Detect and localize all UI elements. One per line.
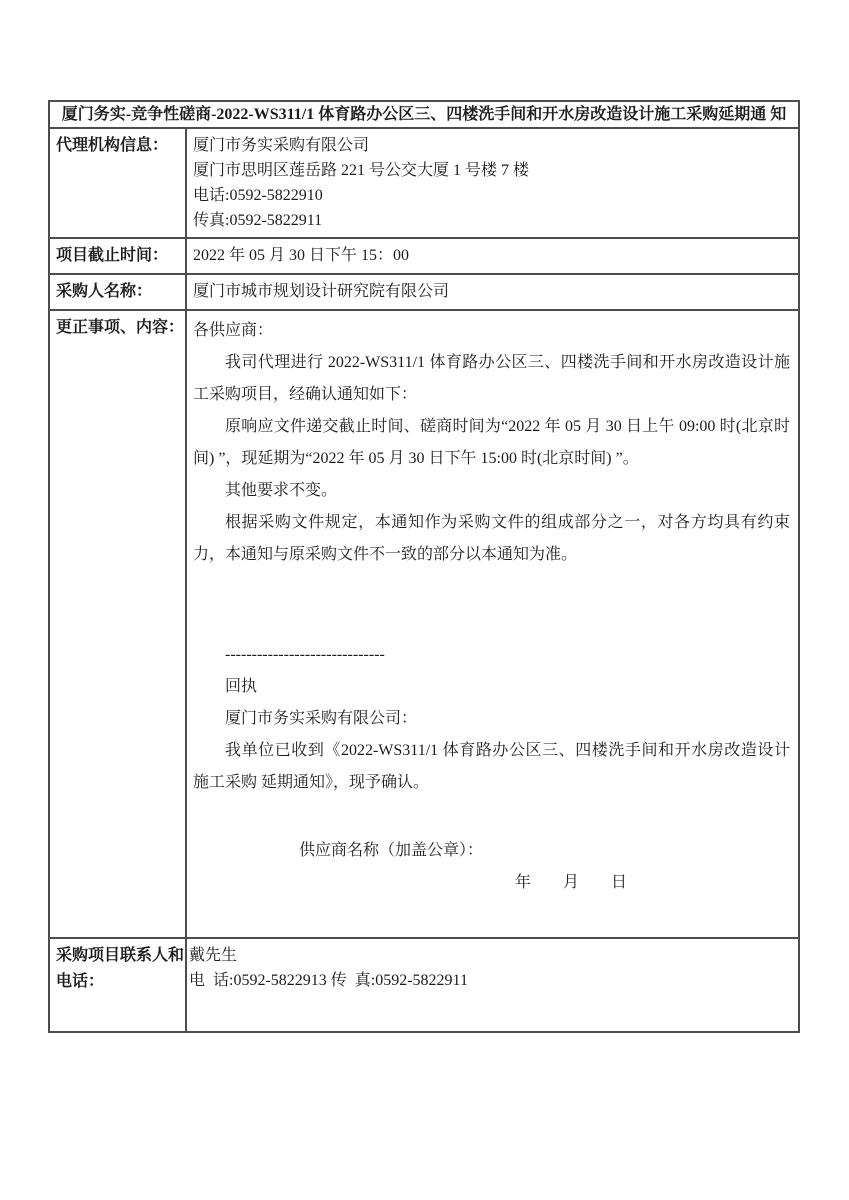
contact-label: 采购项目联系人和 电话： xyxy=(50,939,187,1031)
correction-delay: 原响应文件递交截止时间、磋商时间为“2022 年 05 月 30 日上午 09:… xyxy=(193,411,790,475)
purchaser-label: 采购人名称： xyxy=(50,275,187,309)
correction-other: 其他要求不变。 xyxy=(193,475,790,507)
receipt-body: 我单位已收到《2022-WS311/1 体育路办公区三、四楼洗手间和开水房改造设… xyxy=(193,735,790,799)
deadline-row: 项目截止时间： 2022 年 05 月 30 日下午 15：00 xyxy=(50,237,798,273)
contact-label-line2: 电话： xyxy=(56,969,185,995)
agency-info-label: 代理机构信息： xyxy=(50,129,187,237)
deadline-label: 项目截止时间： xyxy=(50,239,187,273)
correction-label: 更正事项、内容： xyxy=(50,311,187,937)
contact-name: 戴先生 xyxy=(189,943,790,968)
purchaser-cell: 厦门市城市规划设计研究院有限公司 xyxy=(187,275,798,309)
notice-title-line1: 厦门务实-竞争性磋商-2022-WS311/1 体育路办公区三、四楼洗手间和开水… xyxy=(62,106,766,123)
agency-info-cell: 厦门市务实采购有限公司 厦门市思明区莲岳路 221 号公交大厦 1 号楼 7 楼… xyxy=(187,129,798,237)
receipt-divider: ------------------------------ xyxy=(193,639,790,671)
date-line: 年 月 日 xyxy=(515,867,790,899)
agency-info-row: 代理机构信息： 厦门市务实采购有限公司 厦门市思明区莲岳路 221 号公交大厦 … xyxy=(50,127,798,237)
purchaser-value: 厦门市城市规划设计研究院有限公司 xyxy=(193,279,790,304)
correction-intro: 我司代理进行 2022-WS311/1 体育路办公区三、四楼洗手间和开水房改造设… xyxy=(193,347,790,411)
contact-label-line1: 采购项目联系人和 xyxy=(56,943,185,969)
agency-phone: 电话:0592-5822910 xyxy=(193,183,790,208)
agency-fax: 传真:0592-5822911 xyxy=(193,208,790,233)
contact-cell: 戴先生 电 话:0592-5822913 传 真:0592-5822911 xyxy=(187,939,798,1031)
notice-title-line2: 知 xyxy=(770,106,786,123)
receipt-title: 回执 xyxy=(193,671,790,703)
correction-suppliers: 各供应商： xyxy=(193,315,790,347)
contact-row: 采购项目联系人和 电话： 戴先生 电 话:0592-5822913 传 真:05… xyxy=(50,937,798,1031)
agency-address: 厦门市思明区莲岳路 221 号公交大厦 1 号楼 7 楼 xyxy=(193,158,790,183)
notice-title: 厦门务实-竞争性磋商-2022-WS311/1 体育路办公区三、四楼洗手间和开水… xyxy=(50,102,798,127)
correction-binding: 根据采购文件规定，本通知作为采购文件的组成部分之一，对各方均具有约束力，本通知与… xyxy=(193,507,790,571)
agency-name: 厦门市务实采购有限公司 xyxy=(193,133,790,158)
deadline-value: 2022 年 05 月 30 日下午 15：00 xyxy=(193,243,790,268)
receipt-addressee: 厦门市务实采购有限公司： xyxy=(193,703,790,735)
notice-table: 厦门务实-竞争性磋商-2022-WS311/1 体育路办公区三、四楼洗手间和开水… xyxy=(48,100,800,1033)
purchaser-row: 采购人名称： 厦门市城市规划设计研究院有限公司 xyxy=(50,273,798,309)
contact-phone: 电 话:0592-5822913 传 真:0592-5822911 xyxy=(189,968,790,993)
correction-cell: 各供应商： 我司代理进行 2022-WS311/1 体育路办公区三、四楼洗手间和… xyxy=(187,311,798,937)
deadline-cell: 2022 年 05 月 30 日下午 15：00 xyxy=(187,239,798,273)
correction-row: 更正事项、内容： 各供应商： 我司代理进行 2022-WS311/1 体育路办公… xyxy=(50,309,798,937)
supplier-signature-line: 供应商名称（加盖公章）： xyxy=(299,835,790,867)
